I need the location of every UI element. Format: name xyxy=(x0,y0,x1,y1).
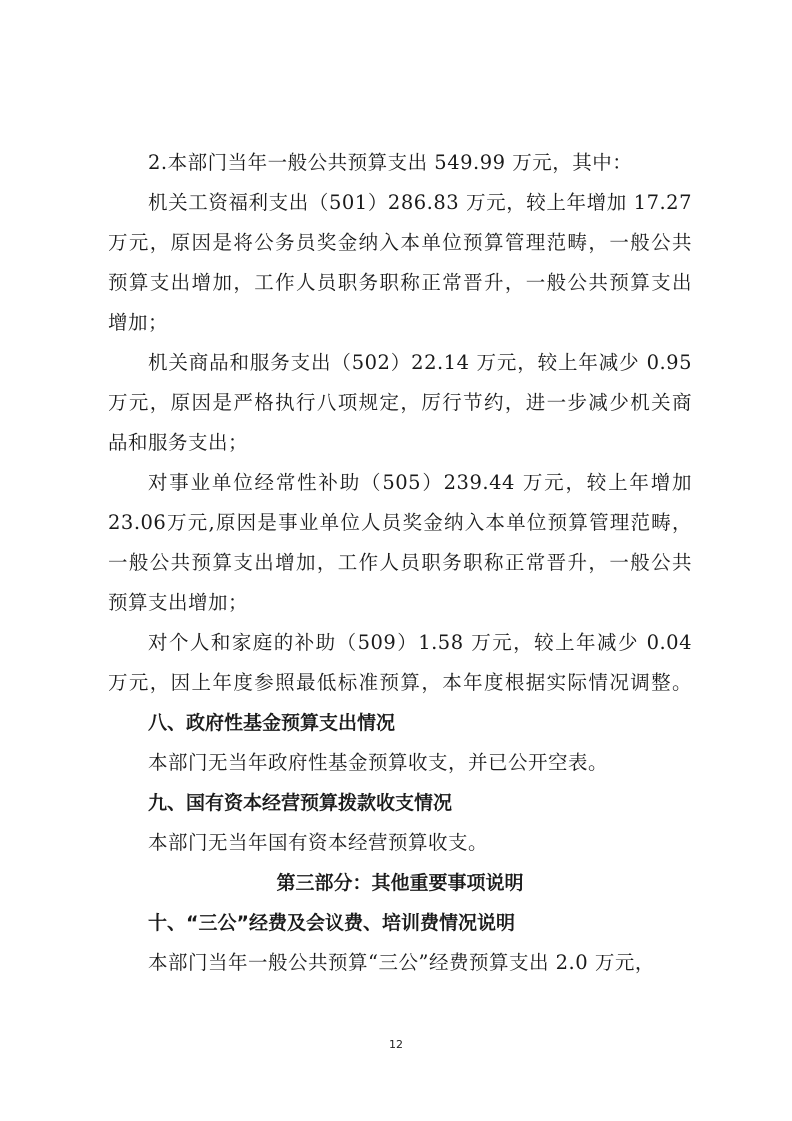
page-number: 12 xyxy=(0,1038,792,1051)
paragraph-line: 本部门无当年政府性基金预算收支，并已公开空表。 xyxy=(108,743,692,783)
paragraph-line: 万元，原因是将公务员奖金纳入本单位预算管理范畴，一般公共 xyxy=(108,223,692,263)
section-heading-10: 十、“三公”经费及会议费、培训费情况说明 xyxy=(108,903,692,943)
document-page: 2.本部门当年一般公共预算支出 549.99 万元，其中： 机关工资福利支出（5… xyxy=(108,143,692,983)
paragraph-line: 机关商品和服务支出（502）22.14 万元，较上年减少 0.95 xyxy=(108,343,692,383)
paragraph-line: 品和服务支出； xyxy=(108,423,692,463)
paragraph-line: 万元，因上年度参照最低标准预算，本年度根据实际情况调整。 xyxy=(108,663,692,703)
paragraph-line: 23.06万元,原因是事业单位人员奖金纳入本单位预算管理范畴， xyxy=(108,503,692,543)
paragraph-line: 对个人和家庭的补助（509）1.58 万元，较上年减少 0.04 xyxy=(108,623,692,663)
paragraph-line: 预算支出增加； xyxy=(108,583,692,623)
part-heading: 第三部分：其他重要事项说明 xyxy=(108,863,692,903)
section-heading-8: 八、政府性基金预算支出情况 xyxy=(108,703,692,743)
section-heading-9: 九、国有资本经营预算拨款收支情况 xyxy=(108,783,692,823)
paragraph-line: 预算支出增加，工作人员职务职称正常晋升，一般公共预算支出 xyxy=(108,263,692,303)
paragraph-line: 增加； xyxy=(108,303,692,343)
paragraph-line: 2.本部门当年一般公共预算支出 549.99 万元，其中： xyxy=(108,143,692,183)
paragraph-line: 机关工资福利支出（501）286.83 万元，较上年增加 17.27 xyxy=(108,183,692,223)
paragraph-line: 万元，原因是严格执行八项规定，厉行节约，进一步减少机关商 xyxy=(108,383,692,423)
paragraph-line: 本部门当年一般公共预算“三公”经费预算支出 2.0 万元， xyxy=(108,943,692,983)
paragraph-line: 本部门无当年国有资本经营预算收支。 xyxy=(108,823,692,863)
paragraph-line: 对事业单位经常性补助（505）239.44 万元，较上年增加 xyxy=(108,463,692,503)
paragraph-line: 一般公共预算支出增加，工作人员职务职称正常晋升，一般公共 xyxy=(108,543,692,583)
